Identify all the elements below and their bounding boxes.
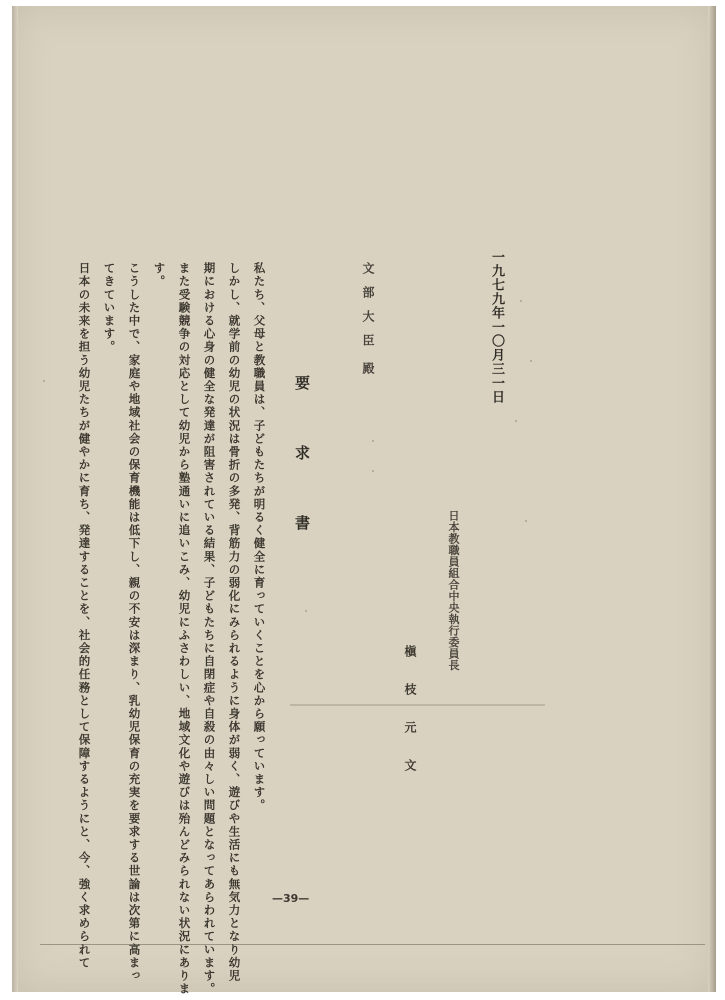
paper-right-edge bbox=[708, 6, 716, 992]
body-line: また受験競争の対応として幼児から塾通いに追いこみ、幼児にふさわしい、地域文化や遊… bbox=[178, 262, 190, 996]
scan-speck bbox=[520, 300, 522, 302]
document-title: 要求書 bbox=[292, 375, 313, 585]
paper-sheet bbox=[12, 6, 715, 992]
document-date: 一九七九年一〇月三一日 bbox=[487, 250, 506, 404]
scan-speck bbox=[525, 520, 527, 522]
body-line: す。 bbox=[153, 262, 165, 288]
addressee-title: 文部大臣 bbox=[360, 262, 377, 358]
scan-speck bbox=[372, 470, 374, 472]
paper-left-edge bbox=[12, 6, 18, 992]
body-line: てきています。 bbox=[103, 262, 115, 354]
scan-speck bbox=[530, 360, 532, 362]
body-line: しかし、就学前の幼児の状況は骨折の多発、背筋力の弱化にみられるように身体が弱く、… bbox=[228, 262, 240, 983]
scan-speck bbox=[515, 420, 517, 422]
body-line: こうした中で、家庭や地域社会の保育機能は低下し、親の不安は深まり、乳幼児保育の充… bbox=[128, 262, 140, 983]
sender-organization: 日本教職員組合中央執行委員長 bbox=[445, 510, 461, 671]
body-line: 日本の未来を担う幼児たちが健やかに育ち、発達することを、社会的任務として保障する… bbox=[78, 262, 90, 969]
scan-speck bbox=[43, 380, 45, 382]
scan-speck bbox=[372, 440, 374, 442]
scan-speck bbox=[305, 610, 307, 612]
addressee-honorific: 殿 bbox=[360, 362, 377, 374]
sender-name: 槇枝元文 bbox=[402, 645, 419, 797]
body-line: 期における心身の健全な発達が阻害されている結果、子どもたちに自閉症や自殺の由々し… bbox=[203, 262, 215, 996]
body-line: 私たち、父母と教職員は、子どもたちが明るく健全に育っていくことを心から願っていま… bbox=[253, 262, 265, 812]
page-number: —39— bbox=[272, 892, 309, 905]
